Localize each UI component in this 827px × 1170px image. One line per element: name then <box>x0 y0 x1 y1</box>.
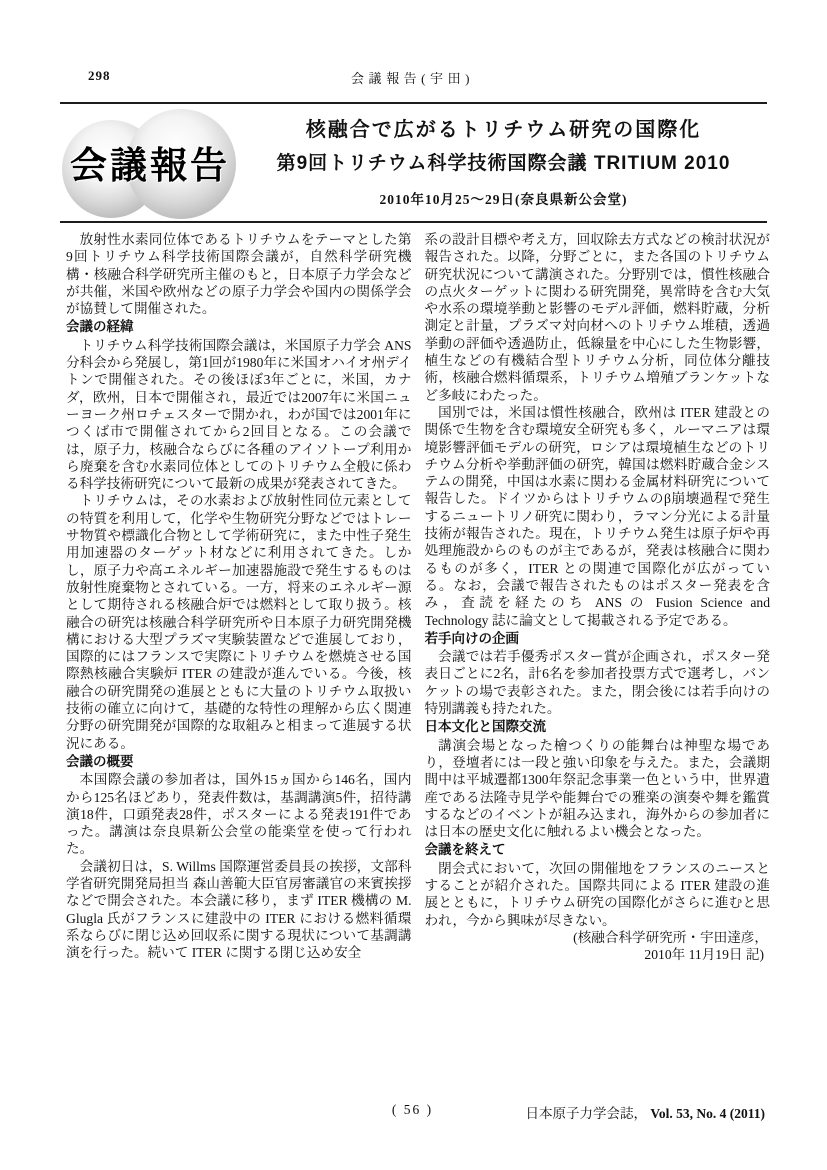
logo-text: 会議報告 <box>60 135 240 189</box>
paragraph: 会議初日は，S. Willms 国際運営委員長の挨拶，文部科学省研究開発局担当 … <box>66 858 412 962</box>
title-area: 核融合で広がるトリチウム研究の国際化 第9回トリチウム科学技術国際会議 TRIT… <box>240 110 767 218</box>
signature-line: (核融合科学研究所・宇田達彦， <box>425 929 771 946</box>
section-heading: 会議の概要 <box>66 753 412 770</box>
paragraph: トリチウム科学技術国際会議は，米国原子力学会 ANS 分科会から発展し，第1回が… <box>66 337 412 493</box>
left-column: 放射性水素同位体であるトリチウムをテーマとした第9回トリチウム科学技術国際会議が… <box>66 231 412 1100</box>
header-rule <box>60 102 767 104</box>
journal-volume: Vol. 53, No. 4 (2011) <box>650 1106 765 1121</box>
paragraph-continuation: 系の設計目標や考え方，回収除去方式などの検討状況が報告された。以降，分野ごとに，… <box>425 231 771 404</box>
title-rule <box>60 221 767 223</box>
paragraph: 会議では若手優秀ポスター賞が企画され，ポスター発表日ごとに2名，計6名を参加者投… <box>425 648 771 717</box>
right-column: 系の設計目標や考え方，回収除去方式などの検討状況が報告された。以降，分野ごとに，… <box>425 231 771 1100</box>
signature-date-line: 2010年 11月19日 記) <box>425 946 771 963</box>
conference-date-venue: 2010年10月25〜29日(奈良県新公会堂) <box>380 188 628 208</box>
paragraph: トリチウムは，その水素および放射性同位元素としての特質を利用して，化学や生物研究… <box>66 492 412 751</box>
journal-citation: 日本原子力学会誌， Vol. 53, No. 4 (2011) <box>525 1102 765 1122</box>
article-body: 放射性水素同位体であるトリチウムをテーマとした第9回トリチウム科学技術国際会議が… <box>66 231 770 1100</box>
journal-name: 日本原子力学会誌， <box>525 1106 647 1121</box>
title-block: 会議報告 核融合で広がるトリチウム研究の国際化 第9回トリチウム科学技術国際会議… <box>60 110 767 218</box>
page-footer: ( 56 ) 日本原子力学会誌， Vol. 53, No. 4 (2011) <box>60 1102 765 1122</box>
journal-page: 298 会議報告(宇田) 会議報告 核融合で広がるトリチウム研究の国際化 第9回… <box>0 0 827 1170</box>
article-subtitle: 第9回トリチウム科学技術国際会議 TRITIUM 2010 <box>277 154 731 173</box>
paragraph: 放射性水素同位体であるトリチウムをテーマとした第9回トリチウム科学技術国際会議が… <box>66 231 412 317</box>
kaigi-houkoku-logo: 会議報告 <box>60 110 240 218</box>
section-heading: 会議の経緯 <box>66 318 412 335</box>
section-heading: 日本文化と国際交流 <box>425 718 771 735</box>
section-heading: 会議を終えて <box>425 841 771 858</box>
running-header: 298 会議報告(宇田) <box>60 68 765 88</box>
article-title: 核融合で広がるトリチウム研究の国際化 <box>306 120 701 140</box>
paragraph: 本国際会議の参加者は，国外15ヵ国から146名，国内から125名ほどあり，発表件… <box>66 771 412 857</box>
section-heading: 若手向けの企画 <box>425 630 771 647</box>
running-title: 会議報告(宇田) <box>60 68 765 87</box>
paragraph: 講演会場となった檜つくりの能舞台は神聖な場であり，登壇者には一段と強い印象を与え… <box>425 737 771 841</box>
paragraph: 国別では，米国は慣性核融合，欧州は ITER 建設との関係で生物を含む環境安全研… <box>425 404 771 629</box>
paragraph: 閉会式において，次回の開催地をフランスのニースとすることが紹介された。国際共同に… <box>425 860 771 929</box>
